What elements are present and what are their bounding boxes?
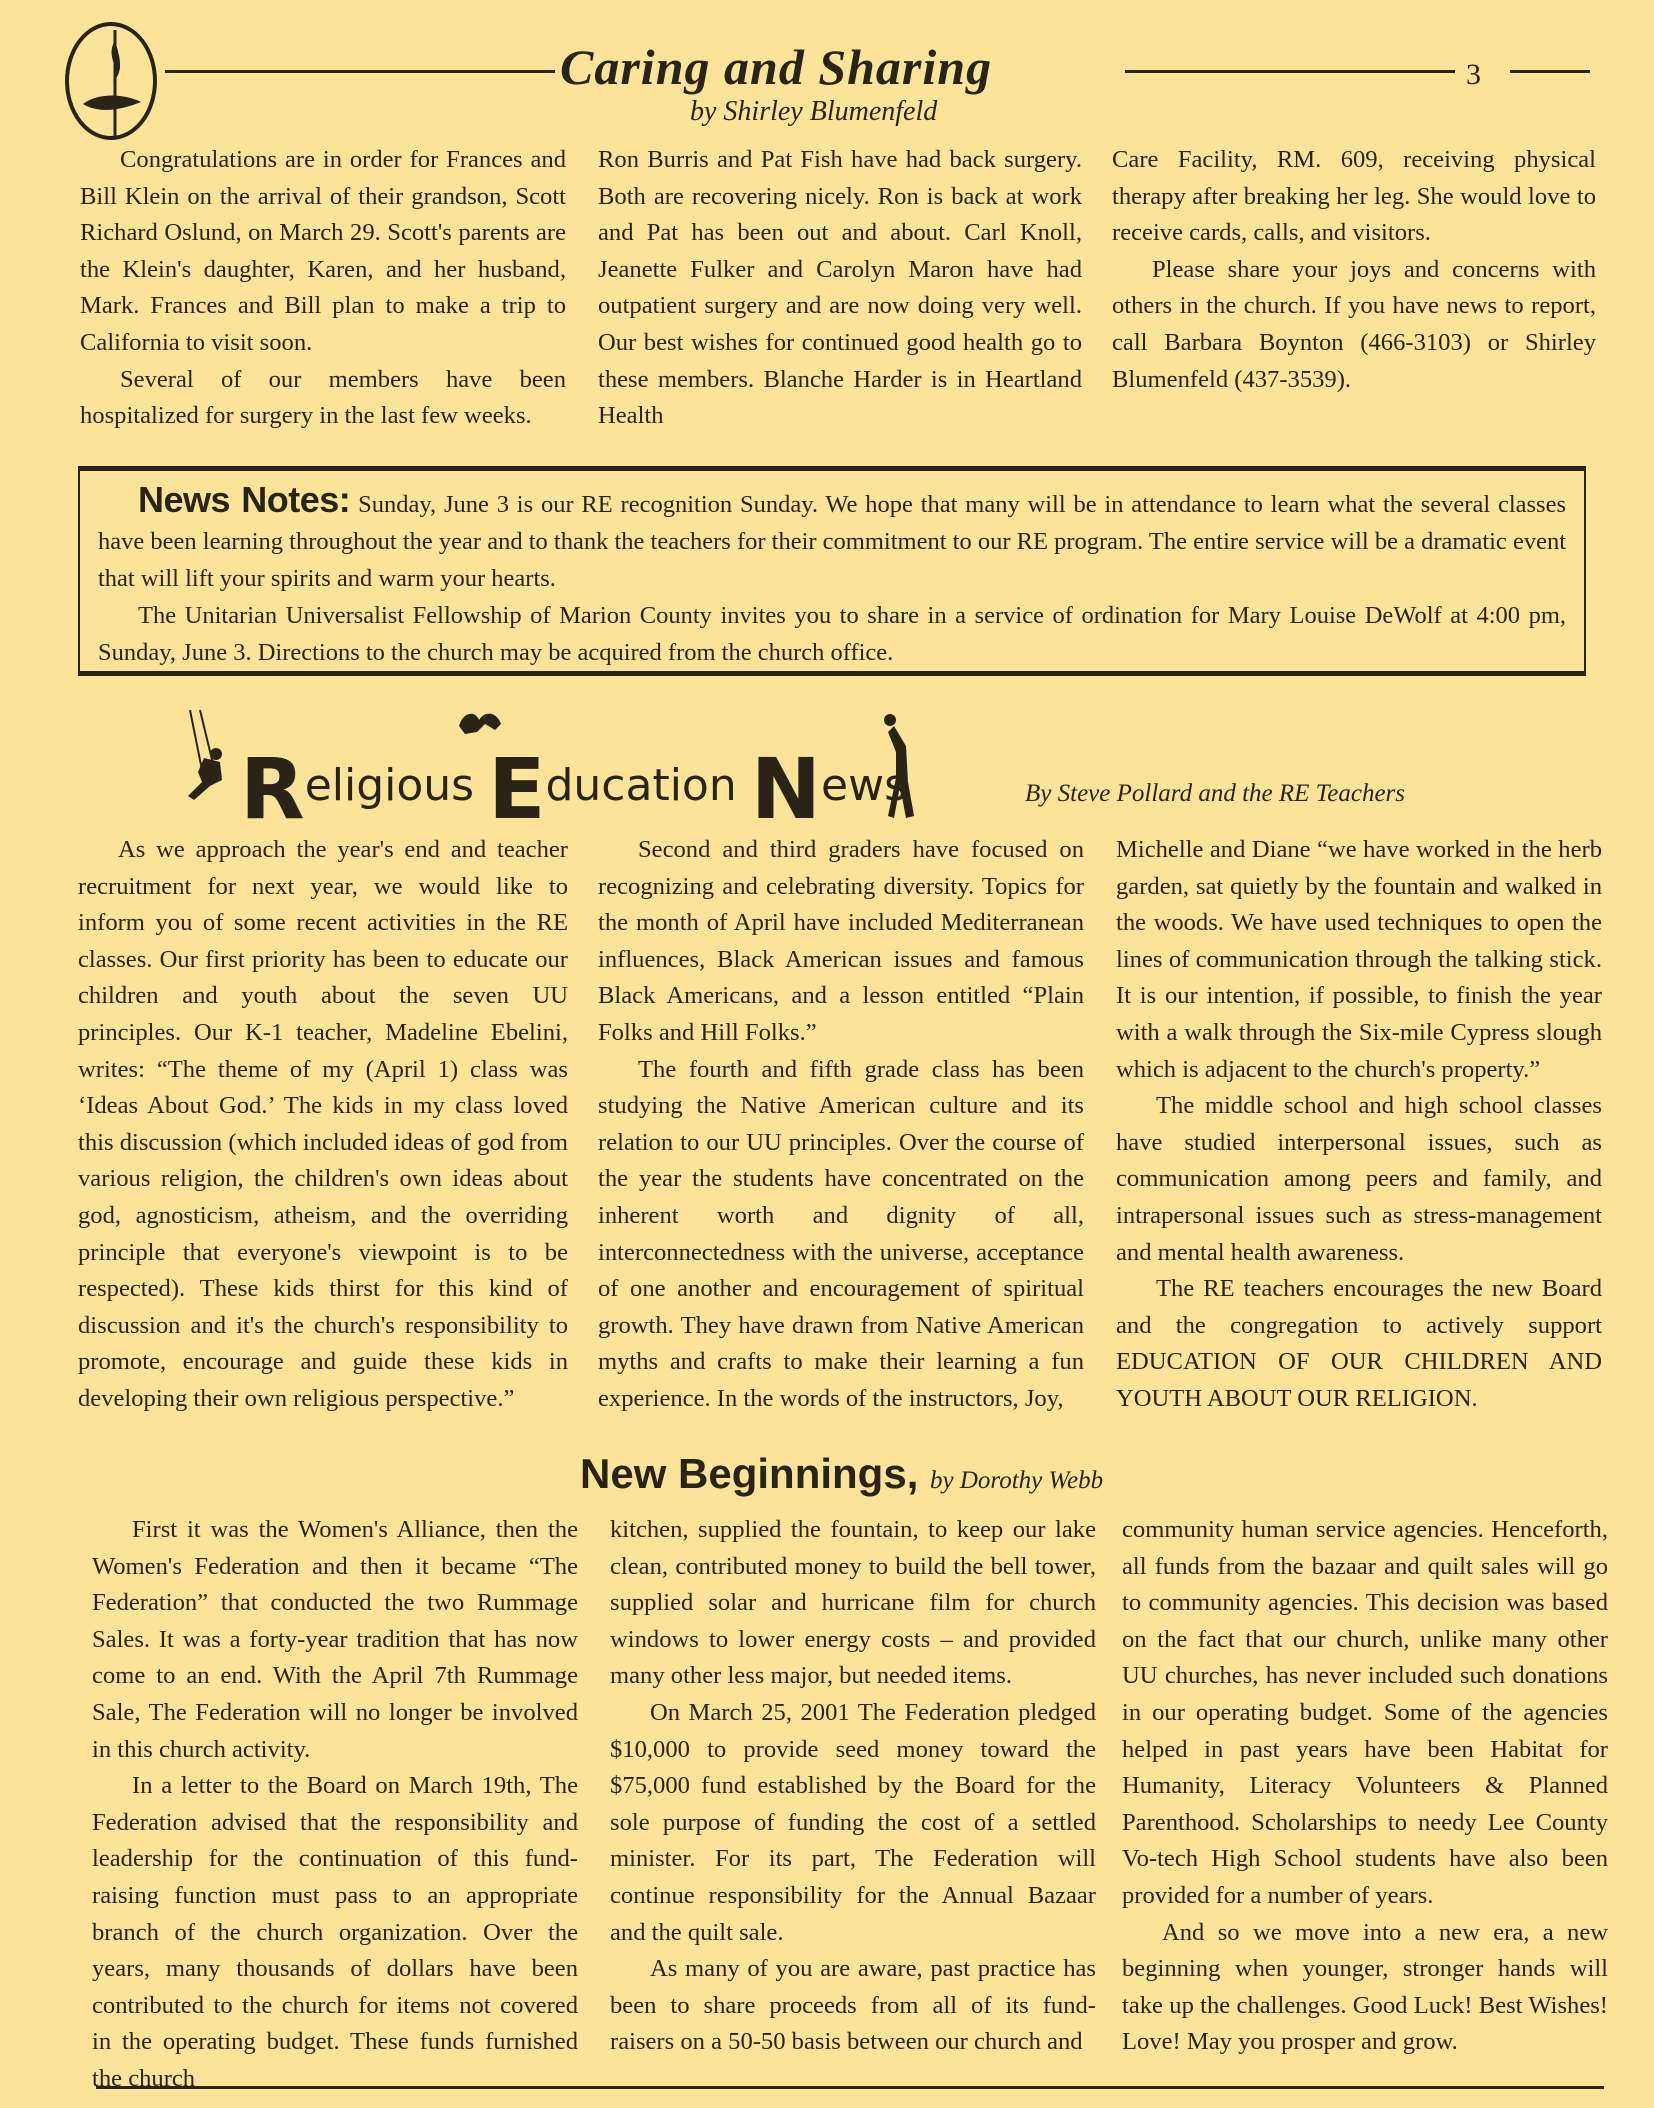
climbing-child-icon [455, 706, 505, 751]
header-rule-right [1125, 70, 1455, 73]
paragraph: kitchen, supplied the fountain, to keep … [610, 1512, 1096, 1695]
caring-col-1: Congratulations are in order for Frances… [80, 142, 566, 435]
re-news-byline: By Steve Pollard and the RE Teachers [1025, 780, 1405, 808]
title-letter-r: R [240, 740, 305, 838]
paragraph: Second and third graders have focused on… [598, 832, 1084, 1052]
paragraph: Care Facility, RM. 609, receiving physic… [1112, 142, 1596, 252]
paragraph: As many of you are aware, past practice … [610, 1951, 1096, 2061]
paragraph: The middle school and high school classe… [1116, 1088, 1602, 1271]
paragraph: community human service agencies. Hencef… [1122, 1512, 1608, 1915]
paragraph: On March 25, 2001 The Federation pledged… [610, 1695, 1096, 1951]
dancing-child-icon [880, 712, 920, 827]
nb-col-2: kitchen, supplied the fountain, to keep … [610, 1512, 1096, 2061]
paragraph: Please share your joys and concerns with… [1112, 252, 1596, 398]
new-beginnings-heading: New Beginnings, by Dorothy Webb [580, 1450, 1103, 1498]
page-title: Caring and Sharing [560, 38, 992, 96]
re-news-title: Religious Education News [240, 740, 907, 838]
news-notes-box: News Notes: Sunday, June 3 is our RE rec… [78, 466, 1586, 676]
title-letter-n: N [751, 740, 821, 838]
page-number: 3 [1466, 58, 1481, 92]
paragraph: The RE teachers encourages the new Board… [1116, 1271, 1602, 1417]
caring-col-3: Care Facility, RM. 609, receiving physic… [1112, 142, 1596, 398]
header-rule-left [165, 70, 555, 73]
re-col-1: As we approach the year's end and teache… [78, 832, 568, 1418]
nb-col-1: First it was the Women's Alliance, then … [92, 1512, 578, 2098]
swing-child-icon [180, 710, 240, 825]
title-word-religious: eligious [305, 760, 488, 811]
paragraph: The fourth and fifth grade class has bee… [598, 1052, 1084, 1418]
re-col-3: Michelle and Diane “we have worked in th… [1116, 832, 1602, 1418]
new-beginnings-byline: by Dorothy Webb [930, 1467, 1103, 1494]
news-notes-label: News Notes: [138, 479, 350, 520]
paragraph: Ron Burris and Pat Fish have had back su… [598, 142, 1082, 435]
paragraph: Congratulations are in order for Frances… [80, 142, 566, 362]
caring-byline: by Shirley Blumenfeld [690, 96, 937, 128]
nb-col-3: community human service agencies. Hencef… [1122, 1512, 1608, 2061]
chalice-icon [55, 20, 173, 142]
new-beginnings-title: New Beginnings, [580, 1450, 918, 1497]
paragraph: Michelle and Diane “we have worked in th… [1116, 832, 1602, 1088]
paragraph: And so we move into a new era, a new beg… [1122, 1915, 1608, 2061]
footer-rule [96, 2086, 1604, 2089]
caring-col-2: Ron Burris and Pat Fish have had back su… [598, 142, 1082, 435]
paragraph: In a letter to the Board on March 19th, … [92, 1768, 578, 2097]
paragraph: First it was the Women's Alliance, then … [92, 1512, 578, 1768]
title-word-education: ducation [545, 760, 750, 811]
re-col-2: Second and third graders have focused on… [598, 832, 1084, 1418]
paragraph: Several of our members have been hospita… [80, 362, 566, 435]
title-letter-e: E [488, 740, 545, 838]
news-notes-text-2: The Unitarian Universalist Fellowship of… [98, 597, 1566, 671]
header-rule-end [1510, 70, 1590, 73]
paragraph: As we approach the year's end and teache… [78, 832, 568, 1418]
